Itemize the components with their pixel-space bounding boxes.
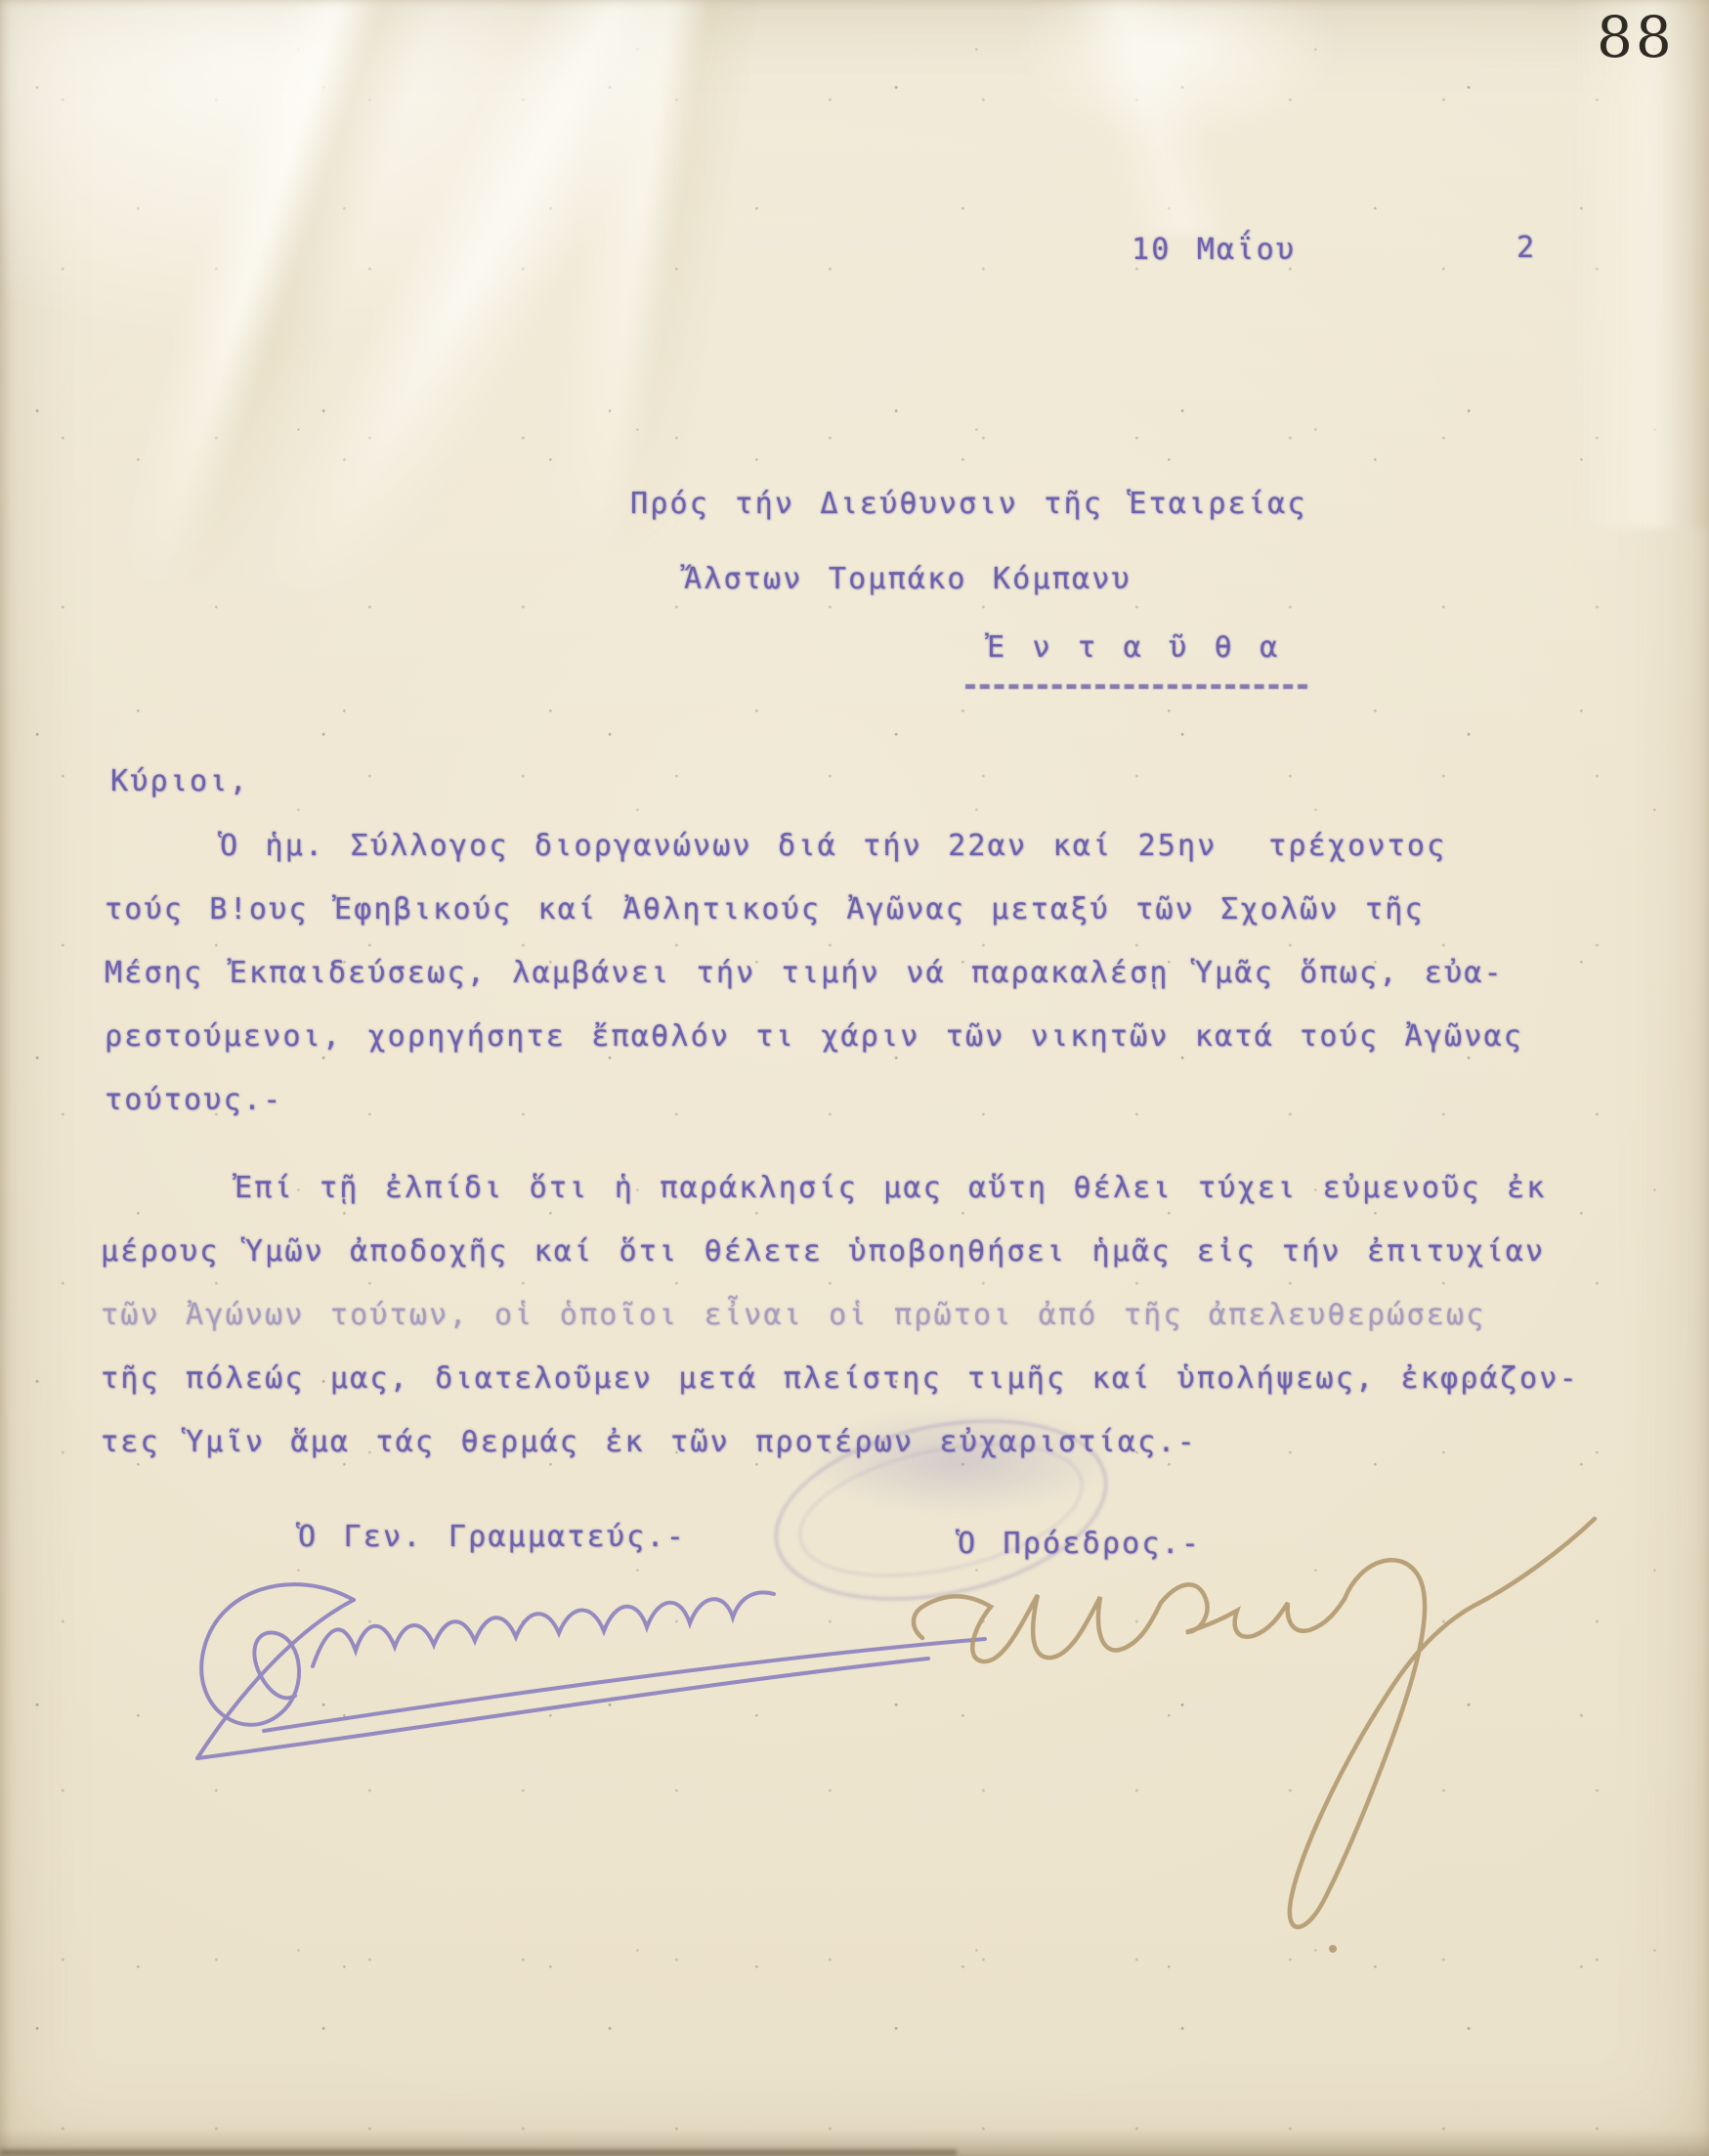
paper-fold-right-edge xyxy=(1572,0,1709,528)
letter-scan-page: 88 10 Μαΐου 2 Πρός τήν Διεύθυνσιν τῆς Ἑτ… xyxy=(0,0,1709,2156)
entautha-underline xyxy=(965,684,1307,689)
body-line: Μέσης Ἐκπαιδεύσεως, λαμβάνει τήν τιμήν ν… xyxy=(105,956,1504,990)
body-line: ρεστούμενοι, χορηγήσητε ἔπαθλόν τι χάριν… xyxy=(105,1019,1523,1054)
paper-fold-top-right xyxy=(919,0,1388,235)
president-signature xyxy=(909,1513,1612,1972)
secretary-signature xyxy=(147,1549,1026,1764)
date-text: 10 Μαΐου xyxy=(1132,233,1296,267)
recipient-line-2: Ἄλστων Τομπάκο Κόμπανυ xyxy=(684,562,1132,596)
recipient-line-3: Ἐ ν τ α ῦ θ α xyxy=(987,630,1279,665)
page-number: 88 xyxy=(1597,4,1675,70)
body-line: τες Ὑμῖν ἅμα τάς θερμάς ἐκ τῶν προτέρων … xyxy=(101,1425,1197,1459)
date-number: 2 xyxy=(1517,231,1536,265)
stamp-smudge xyxy=(801,1407,1114,1515)
bottom-shade xyxy=(0,2129,1709,2156)
body-line: Ὁ ἡμ. Σύλλογος διοργανώνων διά τήν 22αν … xyxy=(220,829,1446,863)
body-line: τούτους.- xyxy=(105,1083,282,1117)
recipient-line-1: Πρός τήν Διεύθυνσιν τῆς Ἑταιρείας xyxy=(630,487,1307,521)
paper-crease-overlay xyxy=(0,0,1153,821)
body-line: μέρους Ὑμῶν ἀποδοχῆς καί ὅτι θέλετε ὑποβ… xyxy=(101,1234,1545,1269)
body-line: τῆς πόλεώς μας, διατελοῦμεν μετά πλείστη… xyxy=(101,1361,1579,1396)
bottom-edge-shadow xyxy=(0,2149,957,2156)
salutation: Κύριοι, xyxy=(110,764,249,798)
body-line: Ἐπί τῇ ἐλπίδι ὅτι ἡ παράκλησίς μας αὕτη … xyxy=(235,1171,1546,1205)
body-line: τούς Β!ους Ἐφηβικούς καί Ἀθλητικούς Ἀγῶν… xyxy=(105,892,1425,927)
body-line: τῶν Ἀγώνων τούτων, οἱ ὁποῖοι εἶναι οἱ πρ… xyxy=(101,1298,1486,1332)
